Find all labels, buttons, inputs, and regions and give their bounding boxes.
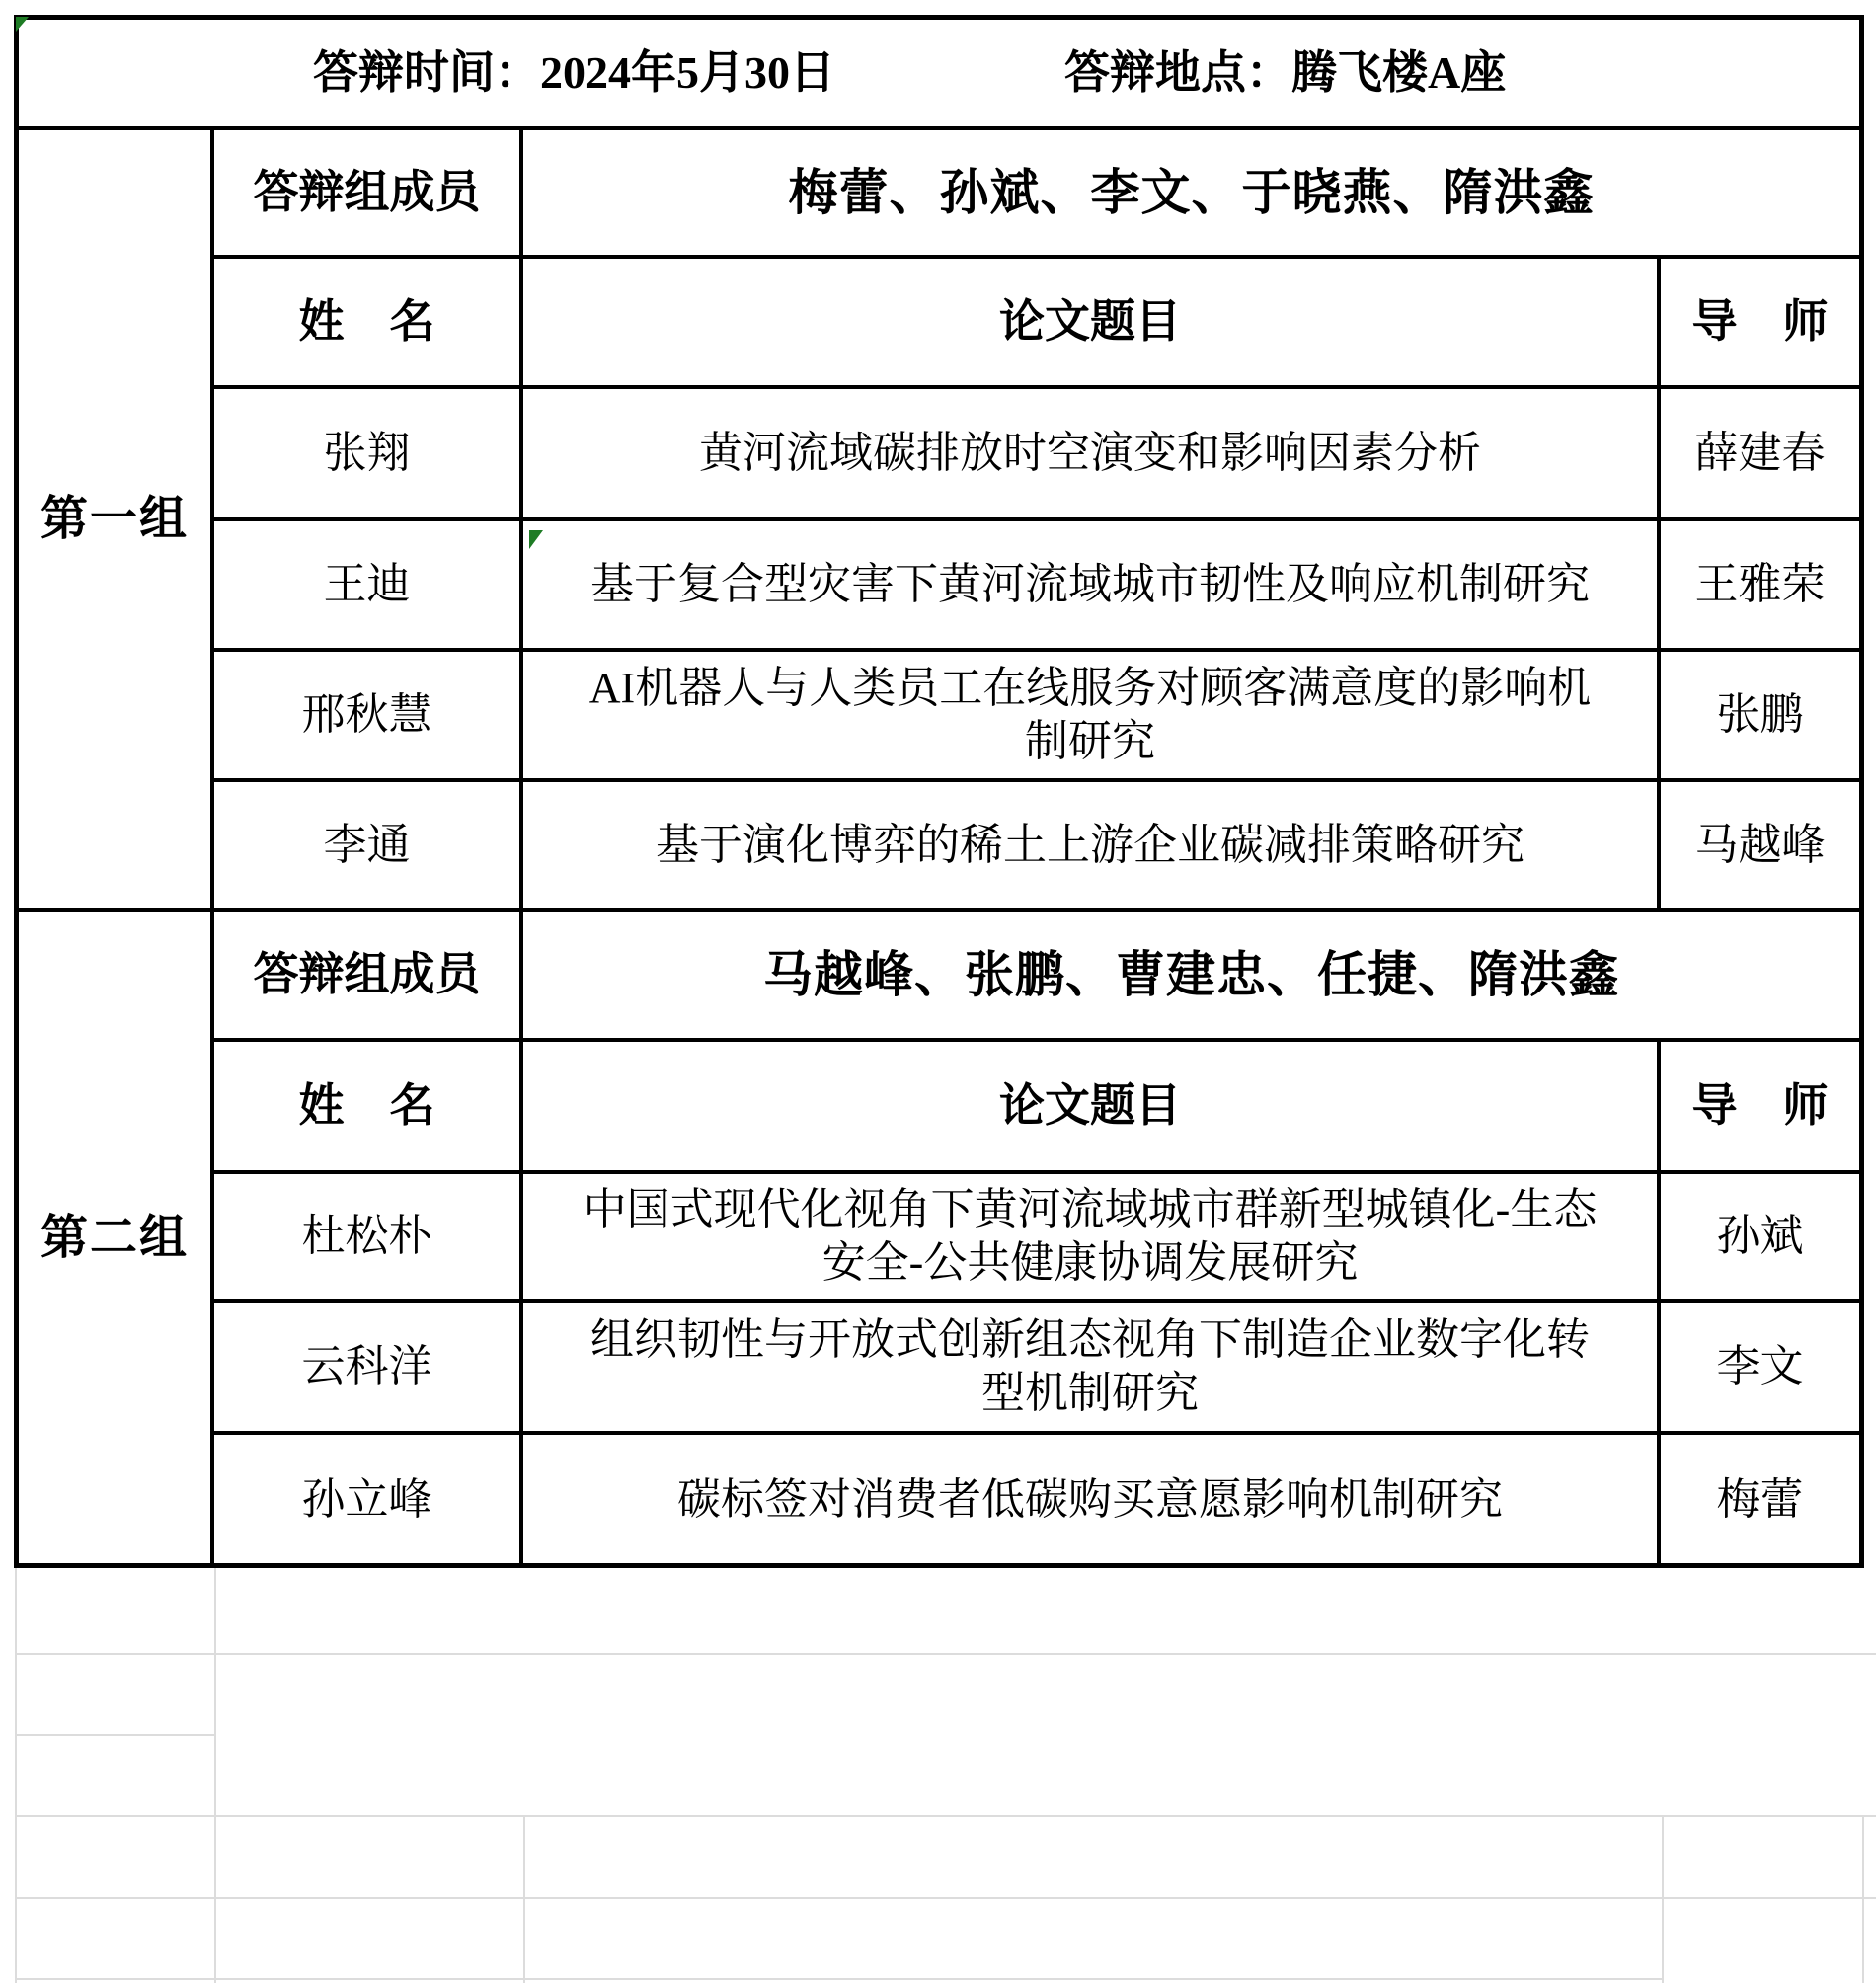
defense-time-label: 答辩时间：2024年5月30日 xyxy=(313,46,835,100)
advisor-header: 导 师 xyxy=(1692,295,1829,349)
student-advisor-cell[interactable]: 梅蕾 xyxy=(1661,1435,1859,1565)
student-name: 李通 xyxy=(324,819,411,872)
student-name-cell[interactable]: 邢秋慧 xyxy=(214,652,523,782)
student-advisor-cell[interactable]: 王雅荣 xyxy=(1661,521,1859,652)
group-1-advisor-header-cell[interactable]: 导 师 xyxy=(1661,259,1859,389)
group-2-members-label-cell[interactable]: 答辩组成员 xyxy=(214,912,523,1042)
student-name: 张翔 xyxy=(324,427,411,480)
student-thesis: AI机器人与人类员工在线服务对顾客满意度的影响机制研究 xyxy=(579,662,1602,768)
gridline-horizontal xyxy=(15,1653,1876,1655)
members-label: 答辩组成员 xyxy=(254,948,481,1001)
student-thesis-cell[interactable]: AI机器人与人类员工在线服务对顾客满意度的影响机制研究 xyxy=(523,652,1661,782)
gridline-vertical xyxy=(1862,1815,1864,1983)
group-1-members: 梅蕾、孙斌、李文、于晓燕、隋洪鑫 xyxy=(789,166,1595,219)
student-name: 王迪 xyxy=(324,558,411,611)
student-thesis: 基于复合型灾害下黄河流域城市韧性及响应机制研究 xyxy=(590,558,1590,611)
group-1-name-header-cell[interactable]: 姓 名 xyxy=(214,259,523,389)
group-2-members: 马越峰、张鹏、曹建忠、任捷、隋洪鑫 xyxy=(763,948,1619,1001)
gridline-horizontal xyxy=(15,1815,1876,1817)
student-advisor: 梅蕾 xyxy=(1717,1473,1804,1527)
group-2-label: 第二组 xyxy=(40,1212,189,1265)
group-1-thesis-header-cell[interactable]: 论文题目 xyxy=(523,259,1661,389)
group-1-label-cell[interactable]: 第一组 xyxy=(19,130,214,912)
student-advisor: 孙斌 xyxy=(1717,1210,1804,1263)
gridline-vertical xyxy=(214,1568,216,1983)
group-1-members-value-cell[interactable]: 梅蕾、孙斌、李文、于晓燕、隋洪鑫 xyxy=(523,130,1859,259)
student-name: 孙立峰 xyxy=(302,1473,432,1527)
group-2-thesis-header-cell[interactable]: 论文题目 xyxy=(523,1042,1661,1174)
members-label: 答辩组成员 xyxy=(254,166,481,219)
student-thesis-cell[interactable]: 组织韧性与开放式创新组态视角下制造企业数字化转型机制研究 xyxy=(523,1303,1661,1435)
thesis-header: 论文题目 xyxy=(999,1079,1181,1133)
gridline-horizontal xyxy=(15,1897,1876,1899)
defense-schedule-table: 答辩时间：2024年5月30日 答辩地点：腾飞楼A座 第一组 答辩组成员 梅蕾、… xyxy=(14,15,1864,1568)
group-2-label-cell[interactable]: 第二组 xyxy=(19,912,214,1565)
student-thesis-cell[interactable]: 基于演化博弈的稀土上游企业碳减排策略研究 xyxy=(523,782,1661,912)
thesis-header: 论文题目 xyxy=(999,295,1181,349)
name-header: 姓 名 xyxy=(299,1079,435,1133)
student-name: 邢秋慧 xyxy=(302,688,432,742)
student-name: 云科洋 xyxy=(302,1340,432,1393)
group-2-name-header-cell[interactable]: 姓 名 xyxy=(214,1042,523,1174)
student-advisor-cell[interactable]: 李文 xyxy=(1661,1303,1859,1435)
group-1-label: 第一组 xyxy=(40,493,189,546)
student-advisor-cell[interactable]: 薛建春 xyxy=(1661,389,1859,521)
group-1-members-label-cell[interactable]: 答辩组成员 xyxy=(214,130,523,259)
student-thesis: 组织韧性与开放式创新组态视角下制造企业数字化转型机制研究 xyxy=(579,1313,1602,1420)
name-header: 姓 名 xyxy=(299,295,435,349)
student-thesis-cell[interactable]: 黄河流域碳排放时空演变和影响因素分析 xyxy=(523,389,1661,521)
gridline-vertical xyxy=(523,1815,525,1983)
student-name-cell[interactable]: 云科洋 xyxy=(214,1303,523,1435)
advisor-header: 导 师 xyxy=(1692,1079,1829,1133)
student-advisor-cell[interactable]: 张鹏 xyxy=(1661,652,1859,782)
student-advisor-cell[interactable]: 马越峰 xyxy=(1661,782,1859,912)
student-thesis: 黄河流域碳排放时空演变和影响因素分析 xyxy=(699,427,1481,480)
student-thesis: 基于演化博弈的稀土上游企业碳减排策略研究 xyxy=(656,819,1524,872)
student-thesis-cell[interactable]: 中国式现代化视角下黄河流域城市群新型城镇化-生态安全-公共健康协调发展研究 xyxy=(523,1174,1661,1303)
student-advisor: 薛建春 xyxy=(1695,427,1826,480)
student-thesis-cell[interactable]: 碳标签对消费者低碳购买意愿影响机制研究 xyxy=(523,1435,1661,1565)
group-2-advisor-header-cell[interactable]: 导 师 xyxy=(1661,1042,1859,1174)
spreadsheet-canvas: 答辩时间：2024年5月30日 答辩地点：腾飞楼A座 第一组 答辩组成员 梅蕾、… xyxy=(0,0,1876,1983)
gridline-horizontal xyxy=(15,1978,1664,1980)
student-advisor: 李文 xyxy=(1717,1340,1804,1393)
defense-location-label: 答辩地点：腾飞楼A座 xyxy=(1064,46,1506,100)
student-name-cell[interactable]: 孙立峰 xyxy=(214,1435,523,1565)
gridline-horizontal xyxy=(15,1734,216,1736)
student-name-cell[interactable]: 王迪 xyxy=(214,521,523,652)
title-row-cell[interactable]: 答辩时间：2024年5月30日 答辩地点：腾飞楼A座 xyxy=(19,20,1859,130)
student-advisor-cell[interactable]: 孙斌 xyxy=(1661,1174,1859,1303)
student-name-cell[interactable]: 张翔 xyxy=(214,389,523,521)
gridline-vertical xyxy=(1662,1815,1664,1983)
student-thesis: 中国式现代化视角下黄河流域城市群新型城镇化-生态安全-公共健康协调发展研究 xyxy=(579,1183,1602,1290)
group-2-members-value-cell[interactable]: 马越峰、张鹏、曹建忠、任捷、隋洪鑫 xyxy=(523,912,1859,1042)
student-thesis-cell[interactable]: 基于复合型灾害下黄河流域城市韧性及响应机制研究 xyxy=(523,521,1661,652)
student-name: 杜松朴 xyxy=(302,1210,432,1263)
student-advisor: 王雅荣 xyxy=(1695,558,1826,611)
student-name-cell[interactable]: 杜松朴 xyxy=(214,1174,523,1303)
student-thesis: 碳标签对消费者低碳购买意愿影响机制研究 xyxy=(677,1473,1503,1527)
student-name-cell[interactable]: 李通 xyxy=(214,782,523,912)
student-advisor: 张鹏 xyxy=(1717,688,1804,742)
gridline-vertical xyxy=(15,1568,17,1983)
student-advisor: 马越峰 xyxy=(1695,819,1826,872)
